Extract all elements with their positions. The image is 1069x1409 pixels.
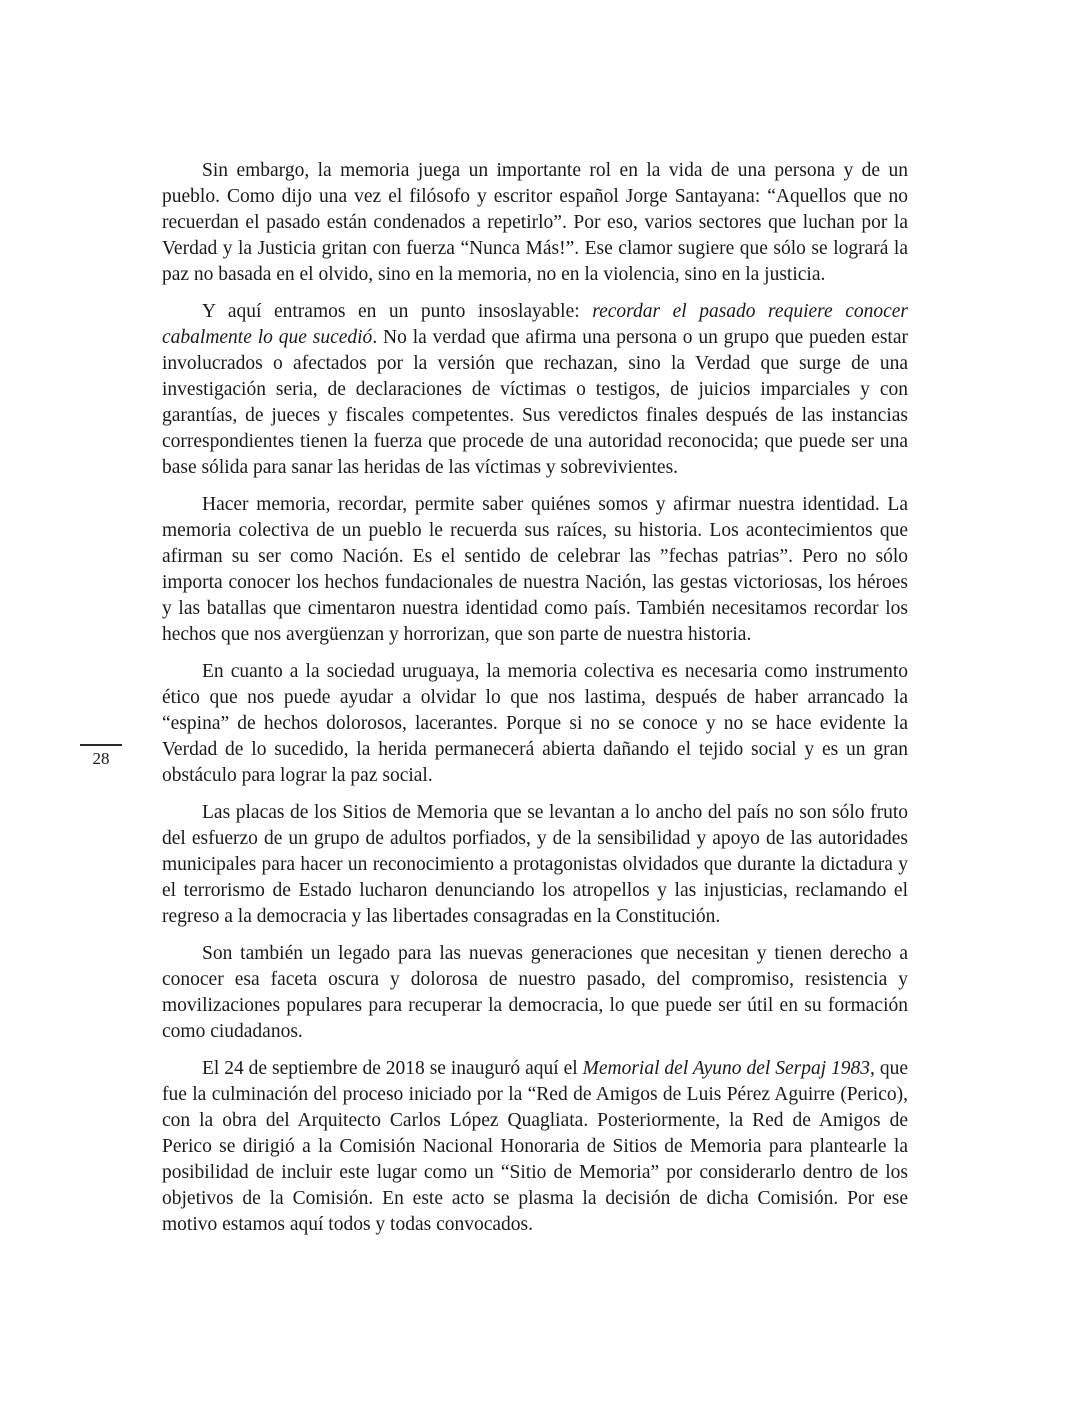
paragraph-run: Hacer memoria, recordar, permite saber q… xyxy=(162,494,908,645)
paragraph-run-italic: Memorial del Ayuno del Serpaj 1983 xyxy=(583,1058,870,1079)
paragraph: En cuanto a la sociedad uruguaya, la mem… xyxy=(162,659,908,789)
paragraph: Son también un legado para las nuevas ge… xyxy=(162,941,908,1045)
document-page: { "page": { "number": "28", "background"… xyxy=(0,0,1069,1409)
paragraph-run: Y aquí entramos en un punto insoslayable… xyxy=(202,301,592,322)
paragraph: Las placas de los Sitios de Memoria que … xyxy=(162,800,908,930)
paragraph-run: Son también un legado para las nuevas ge… xyxy=(162,943,908,1042)
paragraph: Hacer memoria, recordar, permite saber q… xyxy=(162,492,908,648)
page-number: 28 xyxy=(80,744,122,769)
paragraph: Sin embargo, la memoria juega un importa… xyxy=(162,158,908,288)
paragraph-run: , que fue la culminación del proceso ini… xyxy=(162,1058,908,1235)
paragraph-run: Sin embargo, la memoria juega un importa… xyxy=(162,160,908,285)
text-block: Sin embargo, la memoria juega un importa… xyxy=(162,158,908,1249)
paragraph-run: . No la verdad que afirma una persona o … xyxy=(162,327,908,478)
paragraph: El 24 de septiembre de 2018 se inauguró … xyxy=(162,1056,908,1238)
paragraph-run: Las placas de los Sitios de Memoria que … xyxy=(162,802,908,927)
paragraph-run: En cuanto a la sociedad uruguaya, la mem… xyxy=(162,661,908,786)
paragraph-run: El 24 de septiembre de 2018 se inauguró … xyxy=(202,1058,583,1079)
paragraph: Y aquí entramos en un punto insoslayable… xyxy=(162,299,908,481)
